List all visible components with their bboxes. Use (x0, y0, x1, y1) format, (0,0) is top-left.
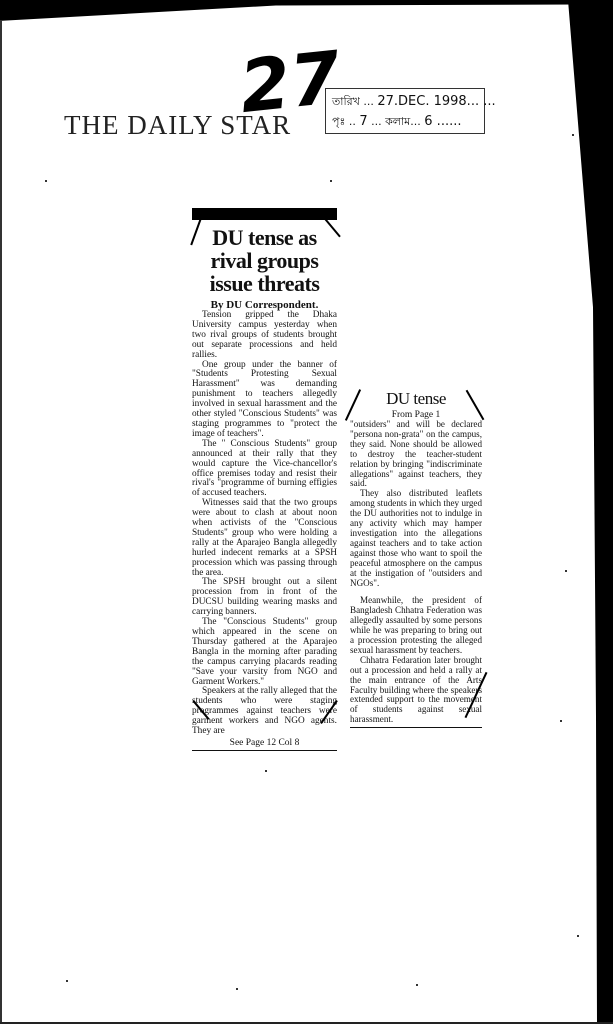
article-paragraph: Meanwhile, the president of Bangladesh C… (350, 596, 482, 655)
continuation-note: See Page 12 Col 8 (192, 738, 337, 748)
article-headline: DU tense as rival groups issue threats (192, 226, 337, 295)
clip-bottom-rule (350, 727, 482, 728)
stamp-page-label: পৃঃ .. (332, 115, 356, 128)
newspaper-masthead: THE DAILY STAR (64, 110, 291, 141)
continued-headline: DU tense (350, 388, 482, 410)
scan-speck (330, 180, 332, 182)
scan-speck (66, 980, 68, 982)
article-paragraph: The " Conscious Students" group announce… (192, 440, 337, 499)
article-paragraph: One group under the banner of "Students … (192, 361, 337, 440)
stamp-page-row: পৃঃ .. 7 ... কলাম... 6 ...... (332, 112, 478, 132)
scan-edge-left (0, 20, 2, 1024)
archive-stamp: তারিখ ... 27.DEC. 1998... ... পৃঃ .. 7 .… (325, 88, 485, 134)
article-clipping-continued: DU tense From Page 1 "outsiders" and wil… (350, 388, 482, 728)
stamp-column-value: 6 ...... (424, 114, 461, 129)
headline-bar (192, 208, 337, 220)
article-paragraph: Witnesses said that the two groups were … (192, 499, 337, 578)
scan-speck (45, 180, 47, 182)
scan-speck (560, 720, 562, 722)
article-body: Tension gripped the Dhaka University cam… (192, 311, 337, 737)
stamp-date-row: তারিখ ... 27.DEC. 1998... ... (332, 92, 478, 112)
stamp-date-label: তারিখ ... (332, 95, 374, 108)
scan-speck (572, 134, 574, 136)
stamp-page-value: 7 (359, 114, 367, 129)
article-paragraph: Chhatra Fedaration later brought out a p… (350, 656, 482, 725)
scan-speck (236, 988, 238, 990)
article-clipping-main: DU tense as rival groups issue threats B… (192, 208, 337, 751)
article-paragraph: The SPSH brought out a silent procession… (192, 578, 337, 618)
stamp-date-value: 27.DEC. 1998... ... (377, 94, 495, 109)
scan-speck (565, 570, 567, 572)
article-paragraph: The "Conscious Students" group which app… (192, 618, 337, 687)
scan-speck (265, 770, 267, 772)
stamp-column-label: ... কলাম... (371, 115, 421, 128)
scan-edge-top (0, 0, 613, 22)
article-paragraph: "outsiders" and will be declared "person… (350, 420, 482, 489)
article-paragraph: They also distributed leaflets among stu… (350, 489, 482, 588)
article-paragraph: Speakers at the rally alleged that the s… (192, 687, 337, 737)
clip-bottom-rule (192, 750, 337, 751)
scan-speck (577, 935, 579, 937)
scan-speck (416, 984, 418, 986)
article-paragraph: Tension gripped the Dhaka University cam… (192, 311, 337, 361)
scan-edge-right (563, 0, 613, 1024)
continued-body: "outsiders" and will be declared "person… (350, 420, 482, 725)
